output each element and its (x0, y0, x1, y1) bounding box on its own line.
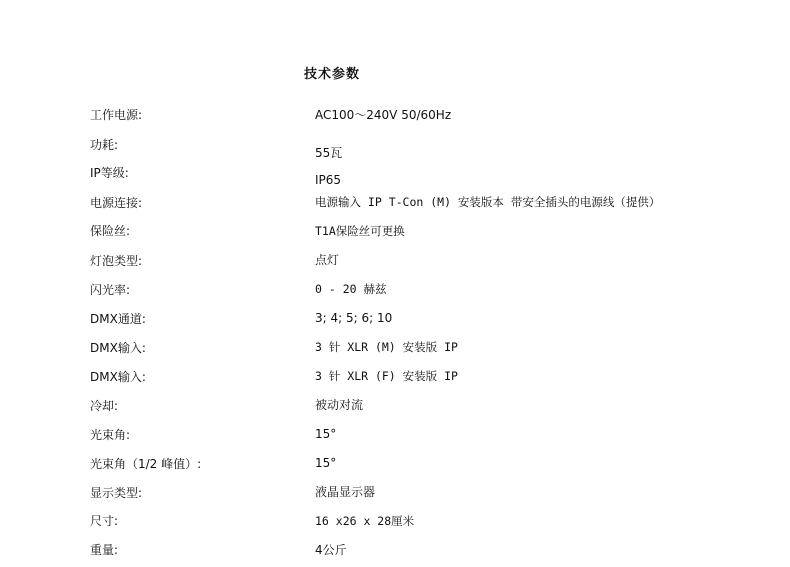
spec-label: 光束角: (90, 427, 130, 443)
spec-label: 灯泡类型: (90, 253, 142, 269)
spec-value: 4公斤 (315, 542, 347, 558)
spec-value: AC100～240V 50/60Hz (315, 107, 451, 123)
spec-label: 闪光率: (90, 282, 130, 298)
spec-label: 重量: (90, 542, 118, 558)
page-title: 技术参数 (304, 63, 360, 82)
spec-value: T1A保险丝可更换 (315, 223, 405, 239)
spec-value: 3 针 XLR (F) 安装版 IP (315, 368, 458, 384)
spec-value: 16 x26 x 28厘米 (315, 513, 414, 529)
spec-label: 光束角（1/2 峰值）: (90, 456, 201, 472)
spec-value: 被动对流 (315, 397, 363, 413)
spec-label: DMX通道: (90, 311, 146, 327)
spec-label: 保险丝: (90, 223, 130, 239)
spec-label: 显示类型: (90, 485, 142, 501)
spec-label: 冷却: (90, 398, 118, 414)
spec-value: 电源输入 IP T-Con (M) 安装版本 带安全插头的电源线（提供） (315, 194, 660, 210)
spec-value: 3 针 XLR (M) 安装版 IP (315, 339, 458, 355)
spec-value: 液晶显示器 (315, 484, 375, 500)
spec-value: 点灯 (315, 252, 339, 268)
spec-label: 尺寸: (90, 513, 118, 529)
spec-label: 功耗: (90, 137, 118, 153)
spec-label: 电源连接: (90, 195, 142, 211)
spec-label: IP等级: (90, 165, 129, 181)
spec-value: 15° (315, 455, 336, 471)
spec-label: 工作电源: (90, 107, 142, 123)
spec-value: 15° (315, 426, 336, 442)
spec-value: IP65 (315, 172, 341, 188)
spec-value: 0 - 20 赫兹 (315, 281, 386, 297)
spec-value: 55瓦 (315, 145, 342, 161)
spec-value: 3; 4; 5; 6; 10 (315, 310, 392, 326)
spec-label: DMX输入: (90, 340, 146, 356)
spec-label: DMX输入: (90, 369, 146, 385)
